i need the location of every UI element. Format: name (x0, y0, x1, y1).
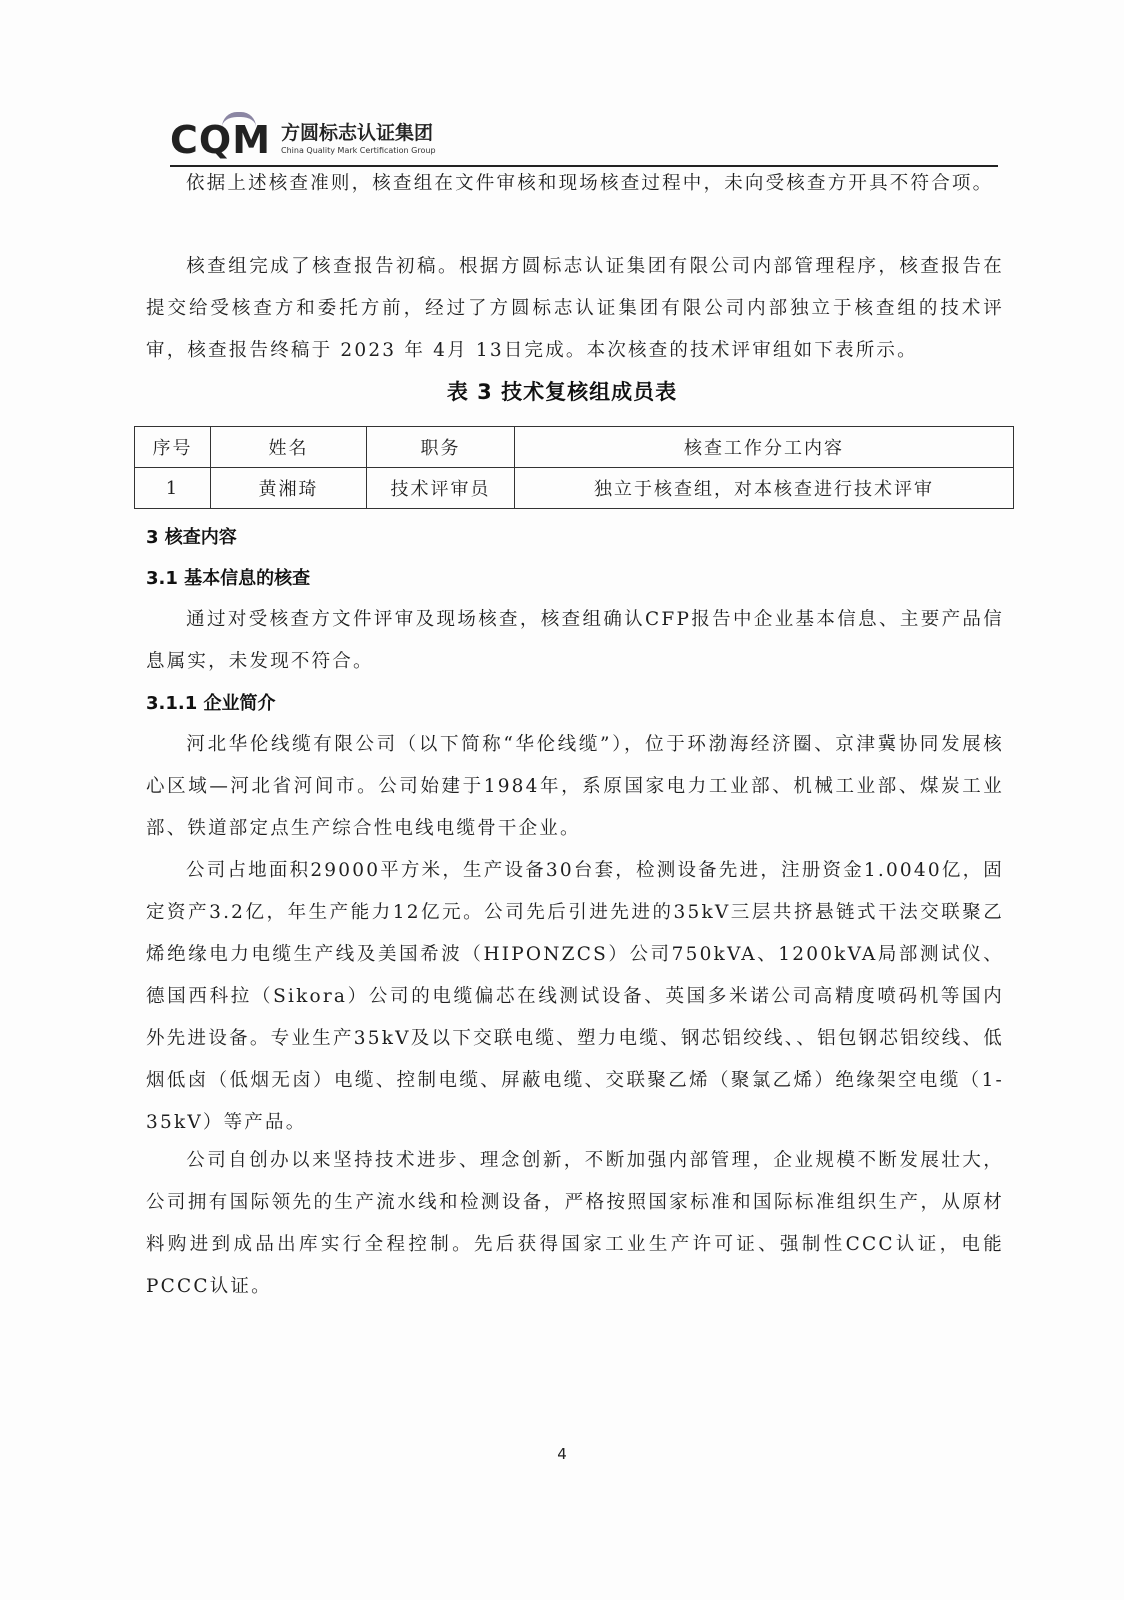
table-header-row: 序号 姓名 职务 核查工作分工内容 (135, 427, 1014, 468)
page-number: 4 (0, 1445, 1124, 1463)
paragraph-company-intro: 河北华伦线缆有限公司（以下简称“华伦线缆”），位于环渤海经济圈、京津冀协同发展核… (146, 724, 1004, 850)
logo-english-name: China Quality Mark Certification Group (281, 146, 436, 156)
paragraph-nonconformity: 依据上述核查准则，核查组在文件审核和现场核查过程中，未向受核查方开具不符合项。 (146, 163, 1004, 205)
section-3-1-heading: 3.1 基本信息的核查 (146, 564, 310, 594)
header-cell-duties: 核查工作分工内容 (515, 427, 1014, 468)
paragraph-basic-info: 通过对受核查方文件评审及现场核查，核查组确认CFP报告中企业基本信息、主要产品信… (146, 599, 1004, 683)
section-3-heading: 3 核查内容 (146, 523, 237, 553)
header-cell-index: 序号 (135, 427, 211, 468)
paragraph-technical-review: 核查组完成了核查报告初稿。根据方圆标志认证集团有限公司内部管理程序，核查报告在提… (146, 246, 1004, 372)
header-cell-position: 职务 (367, 427, 515, 468)
cqm-logo: CQM 方圆标志认证集团 China Quality Mark Certific… (170, 110, 436, 160)
table-row: 1 黄湘琦 技术评审员 独立于核查组，对本核查进行技术评审 (135, 468, 1014, 509)
logo-text: 方圆标志认证集团 China Quality Mark Certificatio… (281, 122, 436, 160)
technical-review-team-table: 序号 姓名 职务 核查工作分工内容 1 黄湘琦 技术评审员 独立于核查组，对本核… (134, 426, 1014, 509)
logo-arc-icon (222, 112, 256, 127)
section-3-1-1-heading: 3.1.1 企业简介 (146, 689, 276, 719)
cell-duties: 独立于核查组，对本核查进行技术评审 (515, 468, 1014, 509)
cell-name: 黄湘琦 (211, 468, 367, 509)
table-caption: 表 3 技术复核组成员表 (0, 376, 1124, 406)
cell-position: 技术评审员 (367, 468, 515, 509)
cell-index: 1 (135, 468, 211, 509)
header-cell-name: 姓名 (211, 427, 367, 468)
paragraph-company-facilities: 公司占地面积29000平方米，生产设备30台套，检测设备先进，注册资金1.004… (146, 850, 1004, 1144)
document-page: CQM 方圆标志认证集团 China Quality Mark Certific… (0, 0, 1124, 1600)
logo-chinese-name: 方圆标志认证集团 (281, 122, 436, 144)
logo-mark: CQM (170, 120, 271, 160)
paragraph-company-certifications: 公司自创办以来坚持技术进步、理念创新，不断加强内部管理，企业规模不断发展壮大，公… (146, 1140, 1004, 1308)
